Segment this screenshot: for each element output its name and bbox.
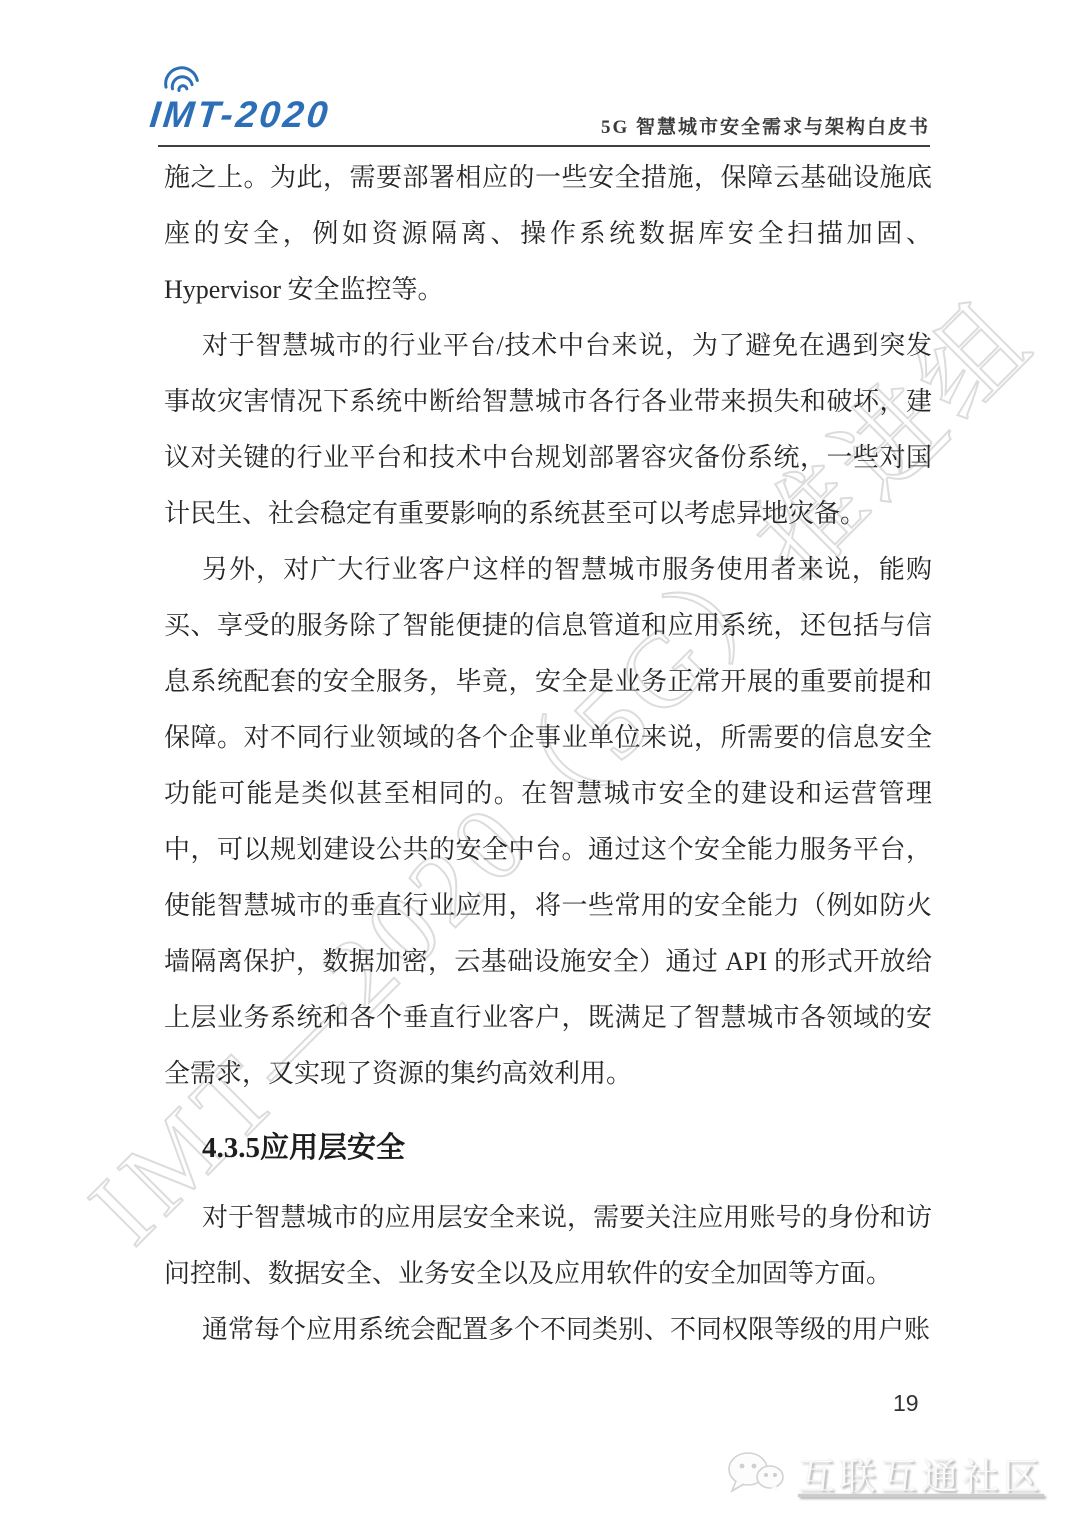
page-header: IMT-2020 5G 智慧城市安全需求与架构白皮书 (0, 0, 1080, 160)
document-page: IMT—2020（5G）推进组 IMT-2020 5G 智慧城市安全需求与架构白… (0, 0, 1080, 1526)
body-paragraph: 对于智慧城市的行业平台/技术中台来说，为了避免在遇到突发事故灾害情况下系统中断给… (164, 318, 932, 542)
body-paragraph: 通常每个应用系统会配置多个不同类别、不同权限等级的用户账 (164, 1302, 932, 1358)
footer-brand-label: 互联互通社区 (798, 1446, 1044, 1500)
page-number: 19 (893, 1390, 919, 1417)
header-divider (158, 145, 930, 147)
section-heading: 4.3.5应用层安全 (202, 1120, 932, 1176)
body-paragraph: 另外，对广大行业客户这样的智慧城市服务使用者来说，能购买、享受的服务除了智能便捷… (164, 542, 932, 1102)
wifi-signal-icon (155, 56, 205, 96)
body-paragraph: 施之上。为此，需要部署相应的一些安全措施，保障云基础设施底座的安全，例如资源隔离… (164, 150, 932, 318)
page-content: 施之上。为此，需要部署相应的一些安全措施，保障云基础设施底座的安全，例如资源隔离… (164, 150, 932, 1358)
wechat-icon (724, 1447, 788, 1499)
footer-brand: 互联互通社区 (724, 1446, 1044, 1500)
document-title: 5G 智慧城市安全需求与架构白皮书 (601, 112, 930, 139)
logo-wordmark: IMT-2020 (148, 94, 333, 136)
body-paragraph: 对于智慧城市的应用层安全来说，需要关注应用账号的身份和访问控制、数据安全、业务安… (164, 1190, 932, 1302)
